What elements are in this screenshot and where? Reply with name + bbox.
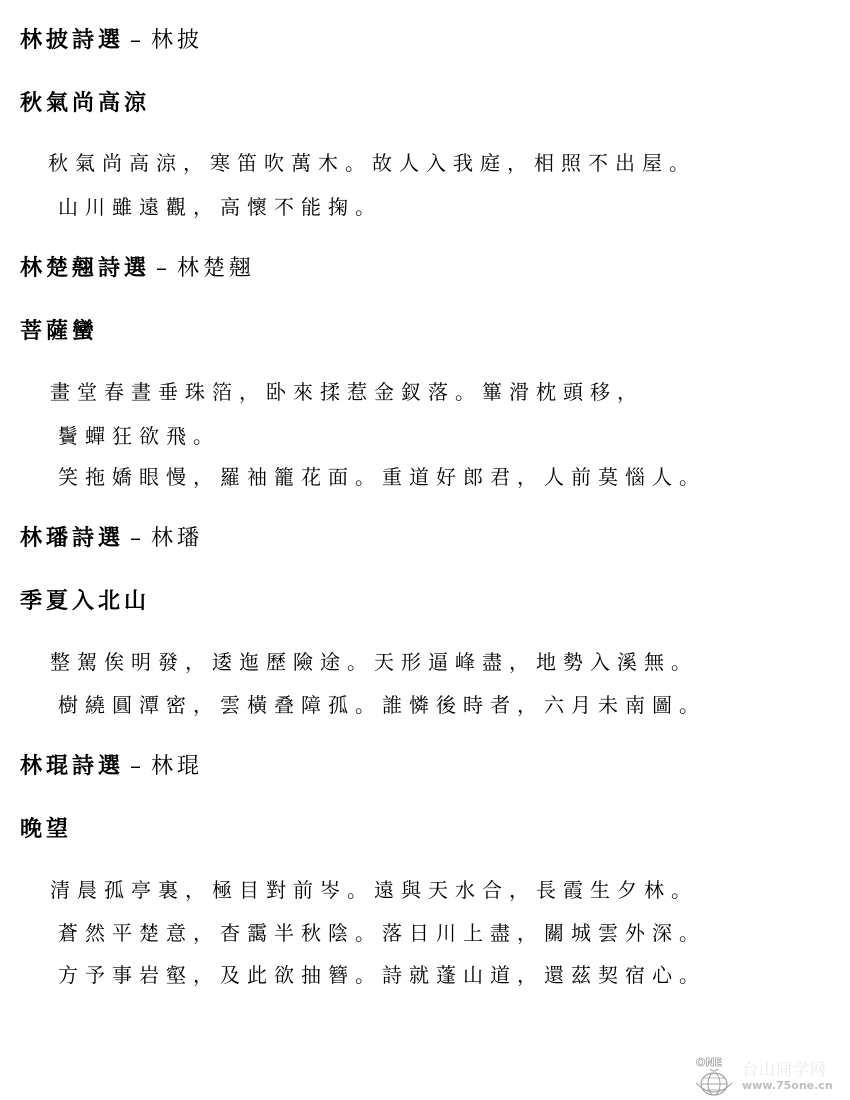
heading-dash: – — [156, 256, 171, 281]
author-heading: 林璠詩選–林璠 — [20, 524, 203, 553]
author-heading: 林披詩選–林披 — [20, 26, 203, 55]
watermark-site-name: 台山同学网 — [742, 1057, 827, 1080]
poem-line: 笑拖嬌眼慢，羅袖籠花面。重道好郎君，人前莫惱人。 — [58, 464, 706, 490]
author-heading: 林楚翹詩選–林楚翹 — [20, 254, 255, 283]
collection-title: 林璠詩選 — [20, 525, 124, 551]
author-heading: 林琨詩選–林琨 — [20, 752, 203, 781]
poem-line: 樹繞圓潭密，雲橫叠障孤。誰憐後時者，六月未南圖。 — [58, 692, 706, 718]
poem-line: 秋氣尚高涼，寒笛吹萬木。故人入我庭，相照不出屋。 — [48, 150, 696, 176]
poem-title: 晚望 — [20, 815, 72, 843]
author-name: 林楚翹 — [177, 256, 255, 281]
author-name: 林披 — [151, 28, 203, 53]
author-name: 林琨 — [151, 754, 203, 779]
collection-title: 林披詩選 — [20, 27, 124, 53]
poem-title: 秋氣尚高涼 — [20, 89, 150, 117]
poem-line: 畫堂春晝垂珠箔，卧來揉惹金釵落。篳滑枕頭移， — [50, 379, 644, 405]
heading-dash: – — [130, 754, 145, 779]
globe-logo-icon: ONE — [692, 1055, 736, 1097]
poem-line: 整駕俟明發，逶迤歷險途。天形逼峰盡，地勢入溪無。 — [50, 649, 698, 675]
author-name: 林璠 — [151, 526, 203, 551]
poem-line: 方予事岩壑，及此欲抽簪。詩就蓬山道，還茲契宿心。 — [58, 962, 706, 988]
poem-line: 蒼然平楚意，杳靄半秋陰。落日川上盡，關城雲外深。 — [58, 920, 706, 946]
heading-dash: – — [130, 28, 145, 53]
poem-line: 山川雖遠觀，高懷不能掬。 — [58, 194, 382, 220]
heading-dash: – — [130, 526, 145, 551]
poem-title: 菩薩蠻 — [20, 317, 98, 345]
collection-title: 林楚翹詩選 — [20, 255, 150, 281]
document-page: 林披詩選–林披 秋氣尚高涼 秋氣尚高涼，寒笛吹萬木。故人入我庭，相照不出屋。 山… — [0, 0, 850, 1100]
poem-line: 清晨孤亭裏，極目對前岑。遠與天水合，長霞生夕林。 — [50, 877, 698, 903]
poem-line: 鬢蟬狂欲飛。 — [58, 423, 220, 449]
watermark: ONE 台山同学网 www.75one.cn — [692, 1055, 847, 1097]
collection-title: 林琨詩選 — [20, 753, 124, 779]
svg-text:ONE: ONE — [696, 1056, 722, 1069]
watermark-url: www.75one.cn — [742, 1079, 833, 1092]
poem-title: 季夏入北山 — [20, 587, 150, 615]
